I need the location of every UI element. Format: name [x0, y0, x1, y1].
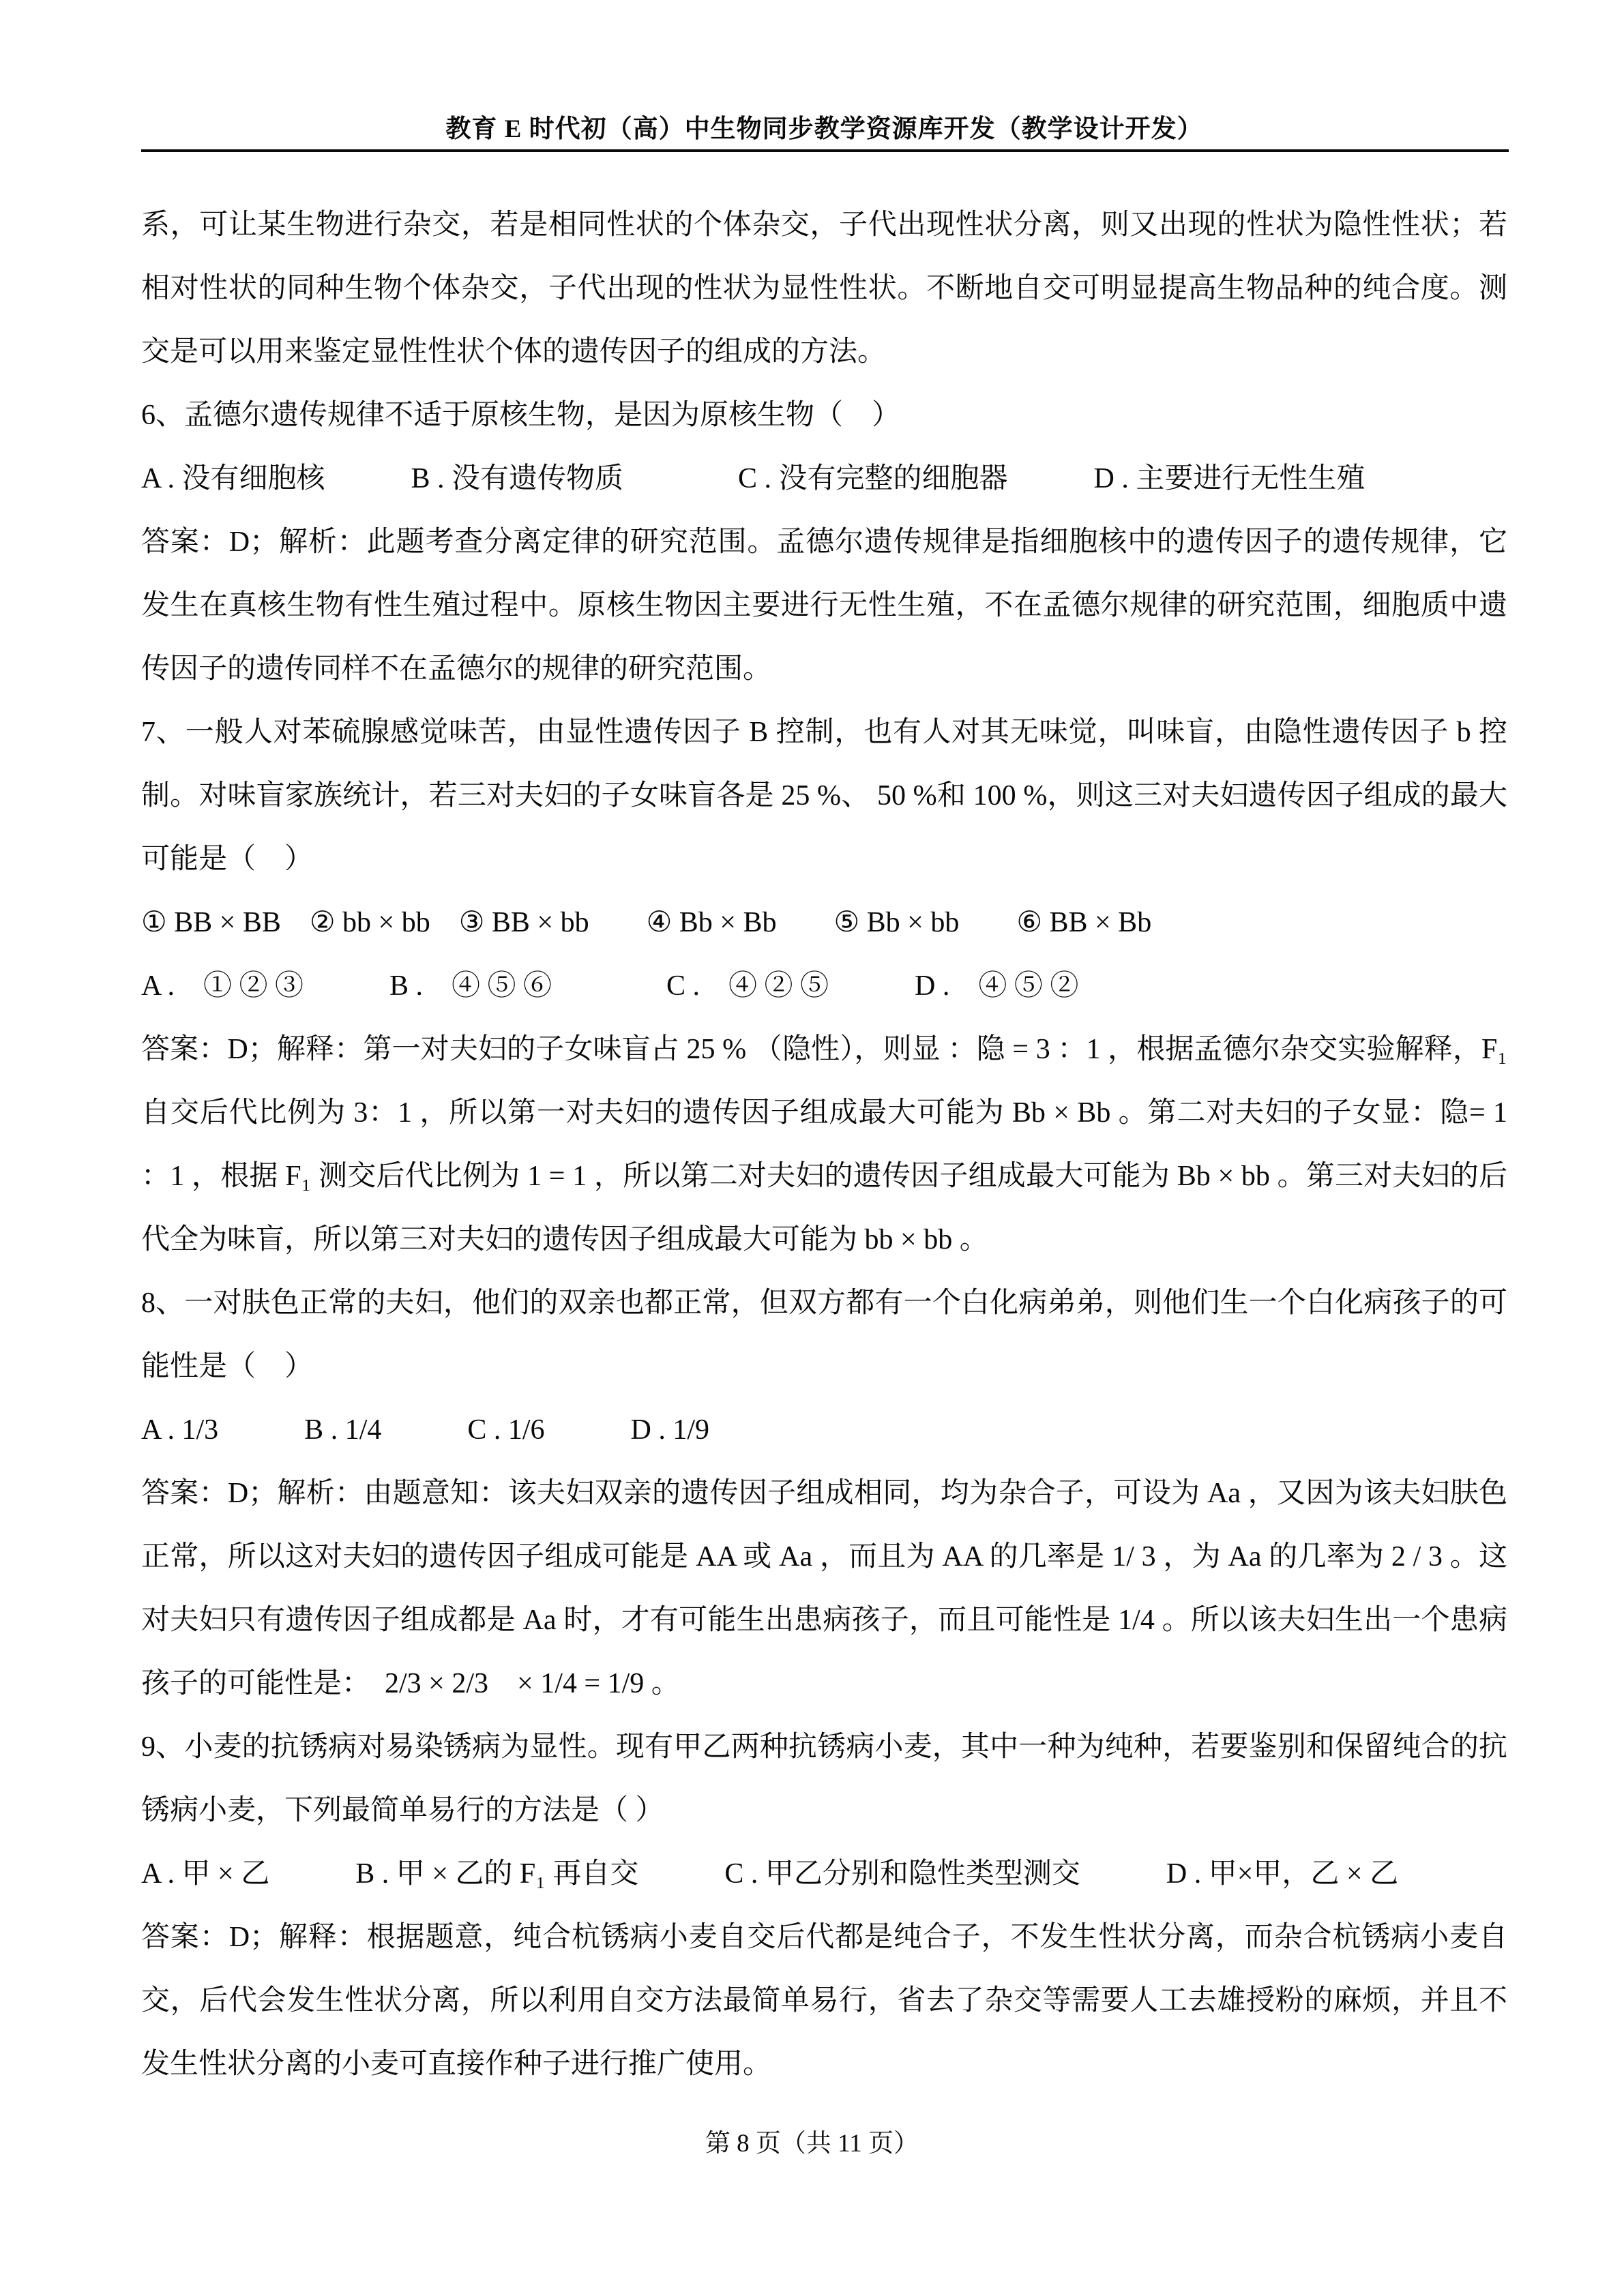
header-title: 教育 E 时代初（高）中生物同步教学资源库开发（教学设计开发） [445, 115, 1202, 143]
paragraph: 系，可让某生物进行杂交，若是相同性状的个体杂交，子代出现性状分离，则又出现的性状… [141, 194, 1507, 384]
paragraph: A . ① ② ③ B . ④ ⑤ ⑥ C . ④ ② ⑤ D . ④ ⑤ ② [141, 955, 1507, 1018]
page-footer: 第 8 页（共 11 页） [0, 2122, 1624, 2159]
paragraph: 8、一对肤色正常的夫妇，他们的双亲也都正常，但双方都有一个白化病弟弟，则他们生一… [141, 1272, 1507, 1399]
paragraph: 6、孟德尔遗传规律不适于原核生物，是因为原核生物（ ） [141, 384, 1507, 447]
paragraph: ① BB × BB ② bb × bb ③ BB × bb ④ Bb × Bb … [141, 891, 1507, 955]
paragraph: 答案：D；解释：根据题意，纯合杭锈病小麦自交后代都是纯合子，不发生性状分离，而杂… [141, 1906, 1507, 2096]
paragraph: 答案：D；解释：第一对夫妇的子女味盲占 25 % （隐性），则显 ：隐 = 3 … [141, 1018, 1507, 1272]
paragraph: 9、小麦的抗锈病对易染锈病为显性。现有甲乙两种抗锈病小麦，其中一种为纯种，若要鉴… [141, 1716, 1507, 1843]
page-number: 第 8 页（共 11 页） [705, 2130, 919, 2158]
paragraph: 7、一般人对苯硫腺感觉味苦，由显性遗传因子 B 控制，也有人对其无味觉，叫味盲，… [141, 701, 1507, 891]
paragraph: 答案：D；解析：由题意知：该夫妇双亲的遗传因子组成相同，均为杂合子，可设为 Aa… [141, 1462, 1507, 1716]
header-divider-line [141, 149, 1509, 152]
paragraph: A . 1/3 B . 1/4 C . 1/6 D . 1/9 [141, 1399, 1507, 1462]
paragraph: A . 没有细胞核 B . 没有遗传物质 C . 没有完整的细胞器 D . 主要… [141, 447, 1507, 511]
page-header: 教育 E 时代初（高）中生物同步教学资源库开发（教学设计开发） [141, 108, 1507, 145]
paragraph: 答案：D；解析：此题考查分离定律的研究范围。孟德尔遗传规律是指细胞核中的遗传因子… [141, 511, 1507, 701]
document-page: 教育 E 时代初（高）中生物同步教学资源库开发（教学设计开发） 系，可让某生物进… [0, 0, 1624, 2296]
paragraph: A . 甲 × 乙 B . 甲 × 乙的 F₁ 再自交 C . 甲乙分别和隐性类… [141, 1843, 1507, 1906]
document-body: 系，可让某生物进行杂交，若是相同性状的个体杂交，子代出现性状分离，则又出现的性状… [141, 194, 1507, 2096]
